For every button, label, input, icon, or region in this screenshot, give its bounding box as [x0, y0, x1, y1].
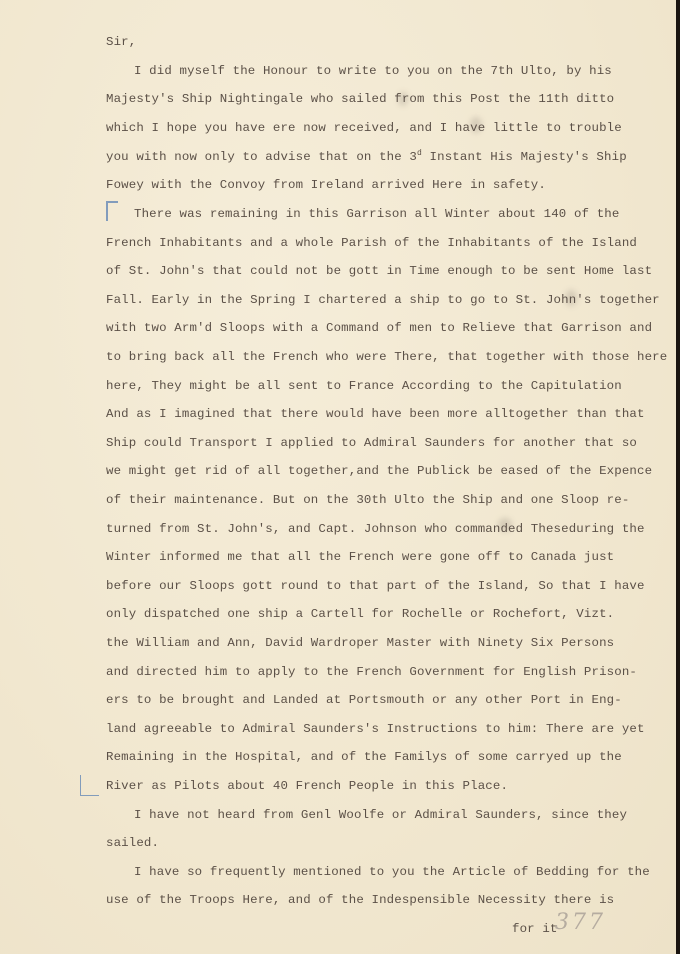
text-line: land agreeable to Admiral Saunders's Ins…: [106, 722, 645, 736]
text-line: Winter informed me that all the French w…: [106, 550, 614, 564]
text-line: with two Arm'd Sloops with a Command of …: [106, 321, 652, 335]
text-line: sailed.: [106, 836, 159, 850]
text-line: I have not heard from Genl Woolfe or Adm…: [134, 808, 627, 822]
text-line: River as Pilots about 40 French People i…: [106, 779, 508, 793]
text-line: Ship could Transport I applied to Admira…: [106, 436, 637, 450]
text-line: the William and Ann, David Wardroper Mas…: [106, 636, 614, 650]
text-line: There was remaining in this Garrison all…: [134, 207, 619, 221]
text-line: I did myself the Honour to write to you …: [134, 64, 612, 78]
text-line: French Inhabitants and a whole Parish of…: [106, 236, 637, 250]
text-line: of their maintenance. But on the 30th Ul…: [106, 493, 629, 507]
text-line: use of the Troops Here, and of the Indes…: [106, 893, 614, 907]
text-line: before our Sloops gott round to that par…: [106, 579, 645, 593]
text-line: only dispatched one ship a Cartell for R…: [106, 607, 614, 621]
text-line: Sir,: [106, 35, 136, 49]
blue-margin-bracket-bottom: [80, 775, 99, 796]
text-line: we might get rid of all together,and the…: [106, 464, 652, 478]
text-line: and directed him to apply to the French …: [106, 665, 637, 679]
text-line: to bring back all the French who were Th…: [106, 350, 667, 364]
text-line: Majesty's Ship Nightingale who sailed fr…: [106, 92, 614, 106]
text-line: which I hope you have ere now received, …: [106, 121, 622, 135]
text-line: Remaining in the Hospital, and of the Fa…: [106, 750, 622, 764]
text-line: here, They might be all sent to France A…: [106, 379, 622, 393]
text-line: you with now only to advise that on the …: [106, 150, 627, 164]
text-line: And as I imagined that there would have …: [106, 407, 645, 421]
text-line: ers to be brought and Landed at Portsmou…: [106, 693, 622, 707]
text-line: Fall. Early in the Spring I chartered a …: [106, 293, 660, 307]
text-line: for it: [512, 922, 558, 936]
text-line: Fowey with the Convoy from Ireland arriv…: [106, 178, 546, 192]
document-page: Sir,I did myself the Honour to write to …: [0, 0, 676, 954]
text-line: of St. John's that could not be gott in …: [106, 264, 652, 278]
text-line: turned from St. John's, and Capt. Johnso…: [106, 522, 645, 536]
text-line: I have so frequently mentioned to you th…: [134, 865, 650, 879]
pencil-page-number: 377: [555, 910, 606, 935]
blue-margin-bracket-top: [106, 201, 118, 221]
